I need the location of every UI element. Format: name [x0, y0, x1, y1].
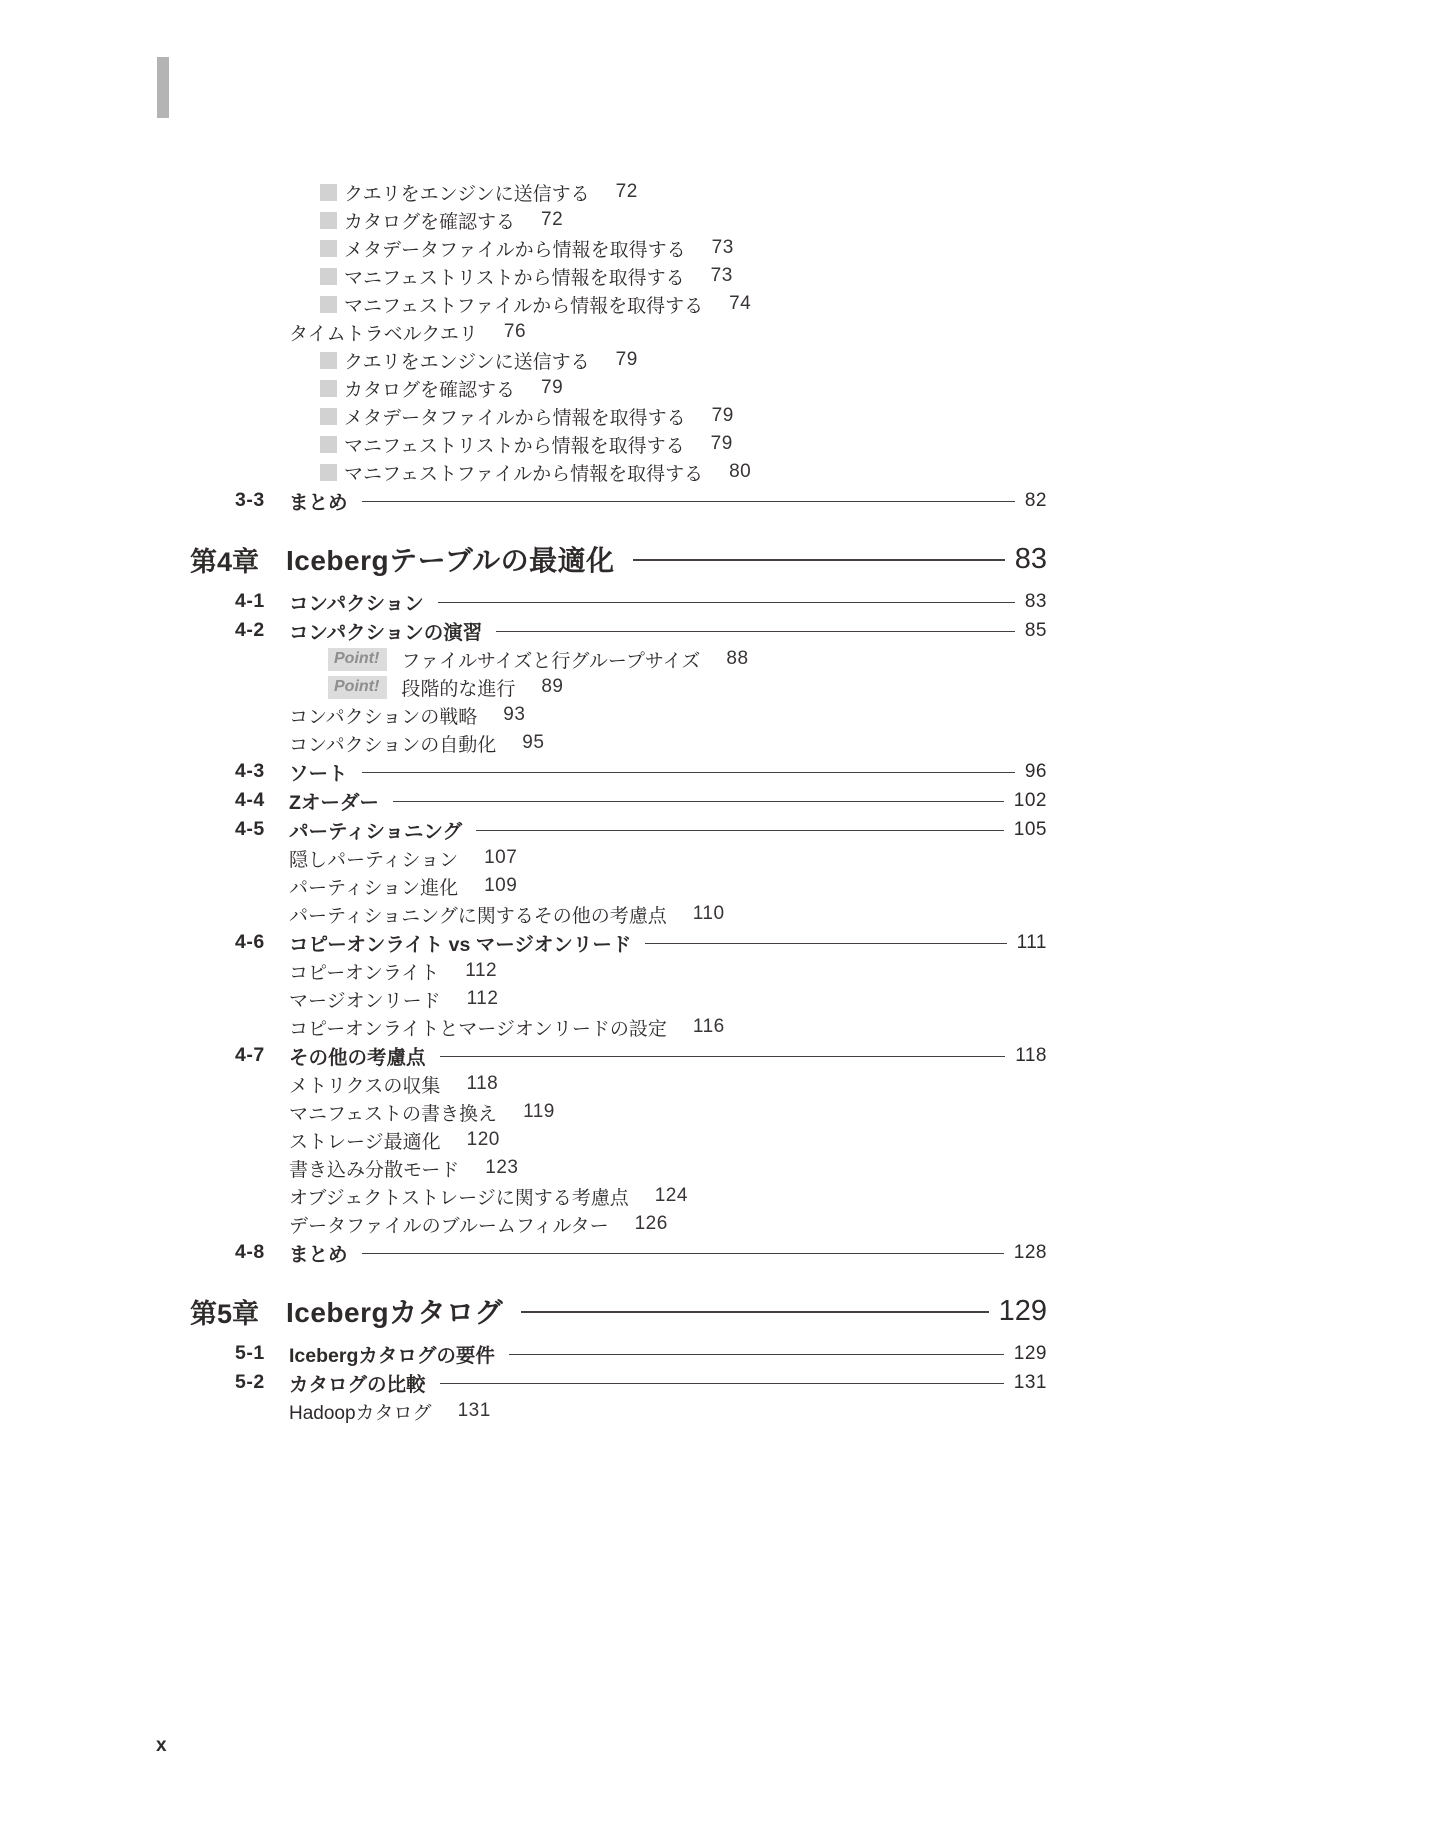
entry-title: メタデータファイルから情報を取得する	[344, 403, 686, 430]
entry-page-number: 109	[484, 875, 517, 897]
entry-page-number: 73	[712, 237, 734, 259]
entry-title: メタデータファイルから情報を取得する	[344, 235, 686, 262]
leader-line	[521, 1311, 989, 1313]
toc-entry-section: 4-6コピーオンライト vs マージオンリード111	[190, 928, 1047, 957]
toc-entry-sub: タイムトラベルクエリ76	[190, 318, 1047, 346]
section-page-number: 85	[1025, 620, 1047, 642]
section-page-number: 118	[1015, 1045, 1047, 1067]
section-title: まとめ	[289, 1239, 348, 1267]
chapter-title: Icebergカタログ	[286, 1291, 503, 1331]
section-number: 3-3	[235, 489, 289, 512]
toc-entry-sub: コピーオンライトとマージオンリードの設定116	[190, 1013, 1047, 1041]
entry-page-number: 93	[503, 704, 525, 726]
leader-line	[362, 772, 1015, 773]
entry-title: オブジェクトストレージに関する考慮点	[289, 1183, 629, 1210]
square-bullet-icon	[320, 408, 337, 425]
toc-entry-section: 5-2カタログの比較131	[190, 1368, 1047, 1397]
square-bullet-icon	[320, 184, 337, 201]
entry-page-number: 73	[711, 265, 733, 287]
entry-page-number: 116	[693, 1016, 725, 1038]
entry-title: クエリをエンジンに送信する	[344, 179, 590, 206]
toc-entry-sub: コピーオンライト112	[190, 957, 1047, 985]
leader-line	[440, 1056, 1006, 1057]
section-number: 5-2	[235, 1371, 289, 1394]
leader-line	[440, 1383, 1004, 1384]
entry-page-number: 131	[458, 1400, 491, 1422]
entry-page-number: 95	[522, 732, 544, 754]
entry-page-number: 124	[655, 1185, 688, 1207]
toc-entry-section: 4-1コンパクション83	[190, 587, 1047, 616]
square-bullet-icon	[320, 268, 337, 285]
entry-title: マージオンリード	[289, 986, 441, 1013]
entry-title: 隠しパーティション	[289, 845, 458, 872]
entry-title: データファイルのブルームフィルター	[289, 1211, 609, 1238]
section-number: 5-1	[235, 1342, 289, 1365]
toc-entry-sub: マニフェストの書き換え119	[190, 1098, 1047, 1126]
toc-entry-section: 5-1Icebergカタログの要件129	[190, 1339, 1047, 1368]
entry-title: ストレージ最適化	[289, 1127, 441, 1154]
toc-entry-section: 4-2コンパクションの演習85	[190, 616, 1047, 645]
section-page-number: 102	[1014, 790, 1047, 812]
leader-line	[438, 602, 1015, 603]
entry-page-number: 80	[729, 461, 751, 483]
toc-entry-bullet: マニフェストリストから情報を取得する73	[190, 262, 1047, 290]
entry-page-number: 126	[635, 1213, 668, 1235]
entry-title: マニフェストファイルから情報を取得する	[344, 459, 703, 486]
leader-line	[509, 1354, 1004, 1355]
square-bullet-icon	[320, 240, 337, 257]
toc-entry-sub: ストレージ最適化120	[190, 1126, 1047, 1154]
square-bullet-icon	[320, 436, 337, 453]
entry-page-number: 120	[467, 1129, 500, 1151]
toc-entry-sub: パーティション進化109	[190, 872, 1047, 900]
leader-line	[393, 801, 1004, 802]
entry-title: 書き込み分散モード	[289, 1155, 459, 1182]
entry-page-number: 79	[616, 349, 638, 371]
leader-line	[645, 943, 1006, 944]
entry-page-number: 112	[465, 960, 497, 982]
entry-page-number: 76	[504, 321, 526, 343]
entry-title: ファイルサイズと行グループサイズ	[401, 646, 700, 673]
toc-entry-sub: 書き込み分散モード123	[190, 1154, 1047, 1182]
toc-entry-sub: コンパクションの戦略93	[190, 701, 1047, 729]
toc-entry-section: 4-3ソート96	[190, 757, 1047, 786]
entry-title: タイムトラベルクエリ	[289, 319, 478, 346]
square-bullet-icon	[320, 212, 337, 229]
toc-entry-point: Point!ファイルサイズと行グループサイズ88	[190, 645, 1047, 673]
toc-entry-section: 3-3まとめ82	[190, 486, 1047, 515]
entry-page-number: 74	[729, 293, 751, 315]
toc-entry-sub: オブジェクトストレージに関する考慮点124	[190, 1182, 1047, 1210]
section-title: Zオーダー	[289, 787, 379, 815]
entry-title: 段階的な進行	[401, 674, 515, 701]
section-page-number: 83	[1025, 591, 1047, 613]
section-title: まとめ	[289, 487, 348, 515]
section-number: 4-8	[235, 1241, 289, 1264]
entry-page-number: 72	[541, 209, 563, 231]
section-page-number: 128	[1014, 1242, 1047, 1264]
toc-entry-bullet: クエリをエンジンに送信する79	[190, 346, 1047, 374]
leader-line	[362, 1253, 1004, 1254]
toc-entry-bullet: メタデータファイルから情報を取得する73	[190, 234, 1047, 262]
toc-entry-point: Point!段階的な進行89	[190, 673, 1047, 701]
entry-title: クエリをエンジンに送信する	[344, 347, 590, 374]
section-number: 4-1	[235, 590, 289, 613]
entry-title: コンパクションの自動化	[289, 730, 496, 757]
entry-page-number: 89	[541, 676, 563, 698]
toc-entry-bullet: カタログを確認する72	[190, 206, 1047, 234]
toc-entry-bullet: メタデータファイルから情報を取得する79	[190, 402, 1047, 430]
square-bullet-icon	[320, 380, 337, 397]
section-title: コピーオンライト vs マージオンリード	[289, 929, 631, 957]
entry-title: マニフェストファイルから情報を取得する	[344, 291, 703, 318]
section-page-number: 82	[1025, 490, 1047, 512]
entry-title: メトリクスの収集	[289, 1071, 440, 1098]
section-title: コンパクションの演習	[289, 617, 482, 645]
entry-page-number: 118	[466, 1073, 498, 1095]
section-number: 4-7	[235, 1044, 289, 1067]
square-bullet-icon	[320, 464, 337, 481]
toc-entry-sub: メトリクスの収集118	[190, 1070, 1047, 1098]
entry-page-number: 88	[726, 648, 748, 670]
section-page-number: 129	[1014, 1343, 1047, 1365]
toc-entry-section: 4-4Zオーダー102	[190, 786, 1047, 815]
section-number: 4-5	[235, 818, 289, 841]
section-title: パーティショニング	[289, 816, 462, 844]
entry-page-number: 119	[523, 1101, 555, 1123]
section-page-number: 96	[1025, 761, 1047, 783]
toc-entry-bullet: マニフェストリストから情報を取得する79	[190, 430, 1047, 458]
page-footer: x	[156, 1735, 167, 1757]
section-title: その他の考慮点	[289, 1042, 426, 1070]
entry-page-number: 79	[711, 433, 733, 455]
chapter-number: 第5章	[190, 1292, 286, 1331]
folio-page-number: x	[156, 1735, 167, 1756]
entry-page-number: 123	[485, 1157, 518, 1179]
entry-page-number: 110	[693, 903, 725, 925]
toc-entry-chapter: 第5章Icebergカタログ129	[190, 1289, 1047, 1333]
section-page-number: 131	[1014, 1372, 1047, 1394]
entry-title: パーティショニングに関するその他の考慮点	[289, 901, 667, 928]
section-title: カタログの比較	[289, 1369, 426, 1397]
toc-entry-section: 4-5パーティショニング105	[190, 815, 1047, 844]
chapter-title: Icebergテーブルの最適化	[286, 539, 615, 579]
toc-entry-bullet: クエリをエンジンに送信する72	[190, 178, 1047, 206]
toc-entry-chapter: 第4章Icebergテーブルの最適化83	[190, 537, 1047, 581]
section-number: 4-2	[235, 619, 289, 642]
point-badge: Point!	[328, 648, 387, 671]
entry-title: コンパクションの戦略	[289, 702, 477, 729]
margin-decoration-bar	[157, 57, 169, 118]
entry-page-number: 79	[712, 405, 734, 427]
entry-title: カタログを確認する	[344, 375, 515, 402]
chapter-page-number: 129	[999, 1295, 1047, 1328]
toc-entry-section: 4-7その他の考慮点118	[190, 1041, 1047, 1070]
entry-title: マニフェストの書き換え	[289, 1099, 497, 1126]
section-title: コンパクション	[289, 588, 424, 616]
toc-entry-sub: マージオンリード112	[190, 985, 1047, 1013]
entry-title: コピーオンライトとマージオンリードの設定	[289, 1014, 667, 1041]
toc-entry-sub: パーティショニングに関するその他の考慮点110	[190, 900, 1047, 928]
section-page-number: 105	[1014, 819, 1047, 841]
leader-line	[362, 501, 1015, 502]
toc-entry-sub: データファイルのブルームフィルター126	[190, 1210, 1047, 1238]
section-page-number: 111	[1017, 932, 1047, 954]
entry-page-number: 112	[467, 988, 499, 1010]
point-badge: Point!	[328, 676, 387, 699]
leader-line	[476, 830, 1004, 831]
table-of-contents: クエリをエンジンに送信する72カタログを確認する72メタデータファイルから情報を…	[190, 178, 1047, 1425]
entry-title: Hadoopカタログ	[289, 1398, 432, 1425]
entry-page-number: 79	[541, 377, 563, 399]
entry-title: コピーオンライト	[289, 958, 439, 985]
section-number: 4-3	[235, 760, 289, 783]
leader-line	[496, 631, 1015, 632]
entry-title: マニフェストリストから情報を取得する	[344, 431, 685, 458]
toc-entry-sub: 隠しパーティション107	[190, 844, 1047, 872]
square-bullet-icon	[320, 352, 337, 369]
entry-title: カタログを確認する	[344, 207, 515, 234]
entry-title: マニフェストリストから情報を取得する	[344, 263, 685, 290]
section-title: ソート	[289, 758, 348, 786]
section-title: Icebergカタログの要件	[289, 1340, 495, 1368]
toc-entry-bullet: カタログを確認する79	[190, 374, 1047, 402]
toc-entry-bullet: マニフェストファイルから情報を取得する74	[190, 290, 1047, 318]
entry-page-number: 107	[484, 847, 517, 869]
chapter-page-number: 83	[1015, 543, 1047, 576]
toc-entry-section: 4-8まとめ128	[190, 1238, 1047, 1267]
toc-entry-sub: コンパクションの自動化95	[190, 729, 1047, 757]
chapter-number: 第4章	[190, 540, 286, 579]
entry-page-number: 72	[616, 181, 638, 203]
toc-entry-bullet: マニフェストファイルから情報を取得する80	[190, 458, 1047, 486]
section-number: 4-6	[235, 931, 289, 954]
section-number: 4-4	[235, 789, 289, 812]
square-bullet-icon	[320, 296, 337, 313]
leader-line	[633, 559, 1005, 561]
toc-entry-sub: Hadoopカタログ131	[190, 1397, 1047, 1425]
entry-title: パーティション進化	[289, 873, 458, 900]
